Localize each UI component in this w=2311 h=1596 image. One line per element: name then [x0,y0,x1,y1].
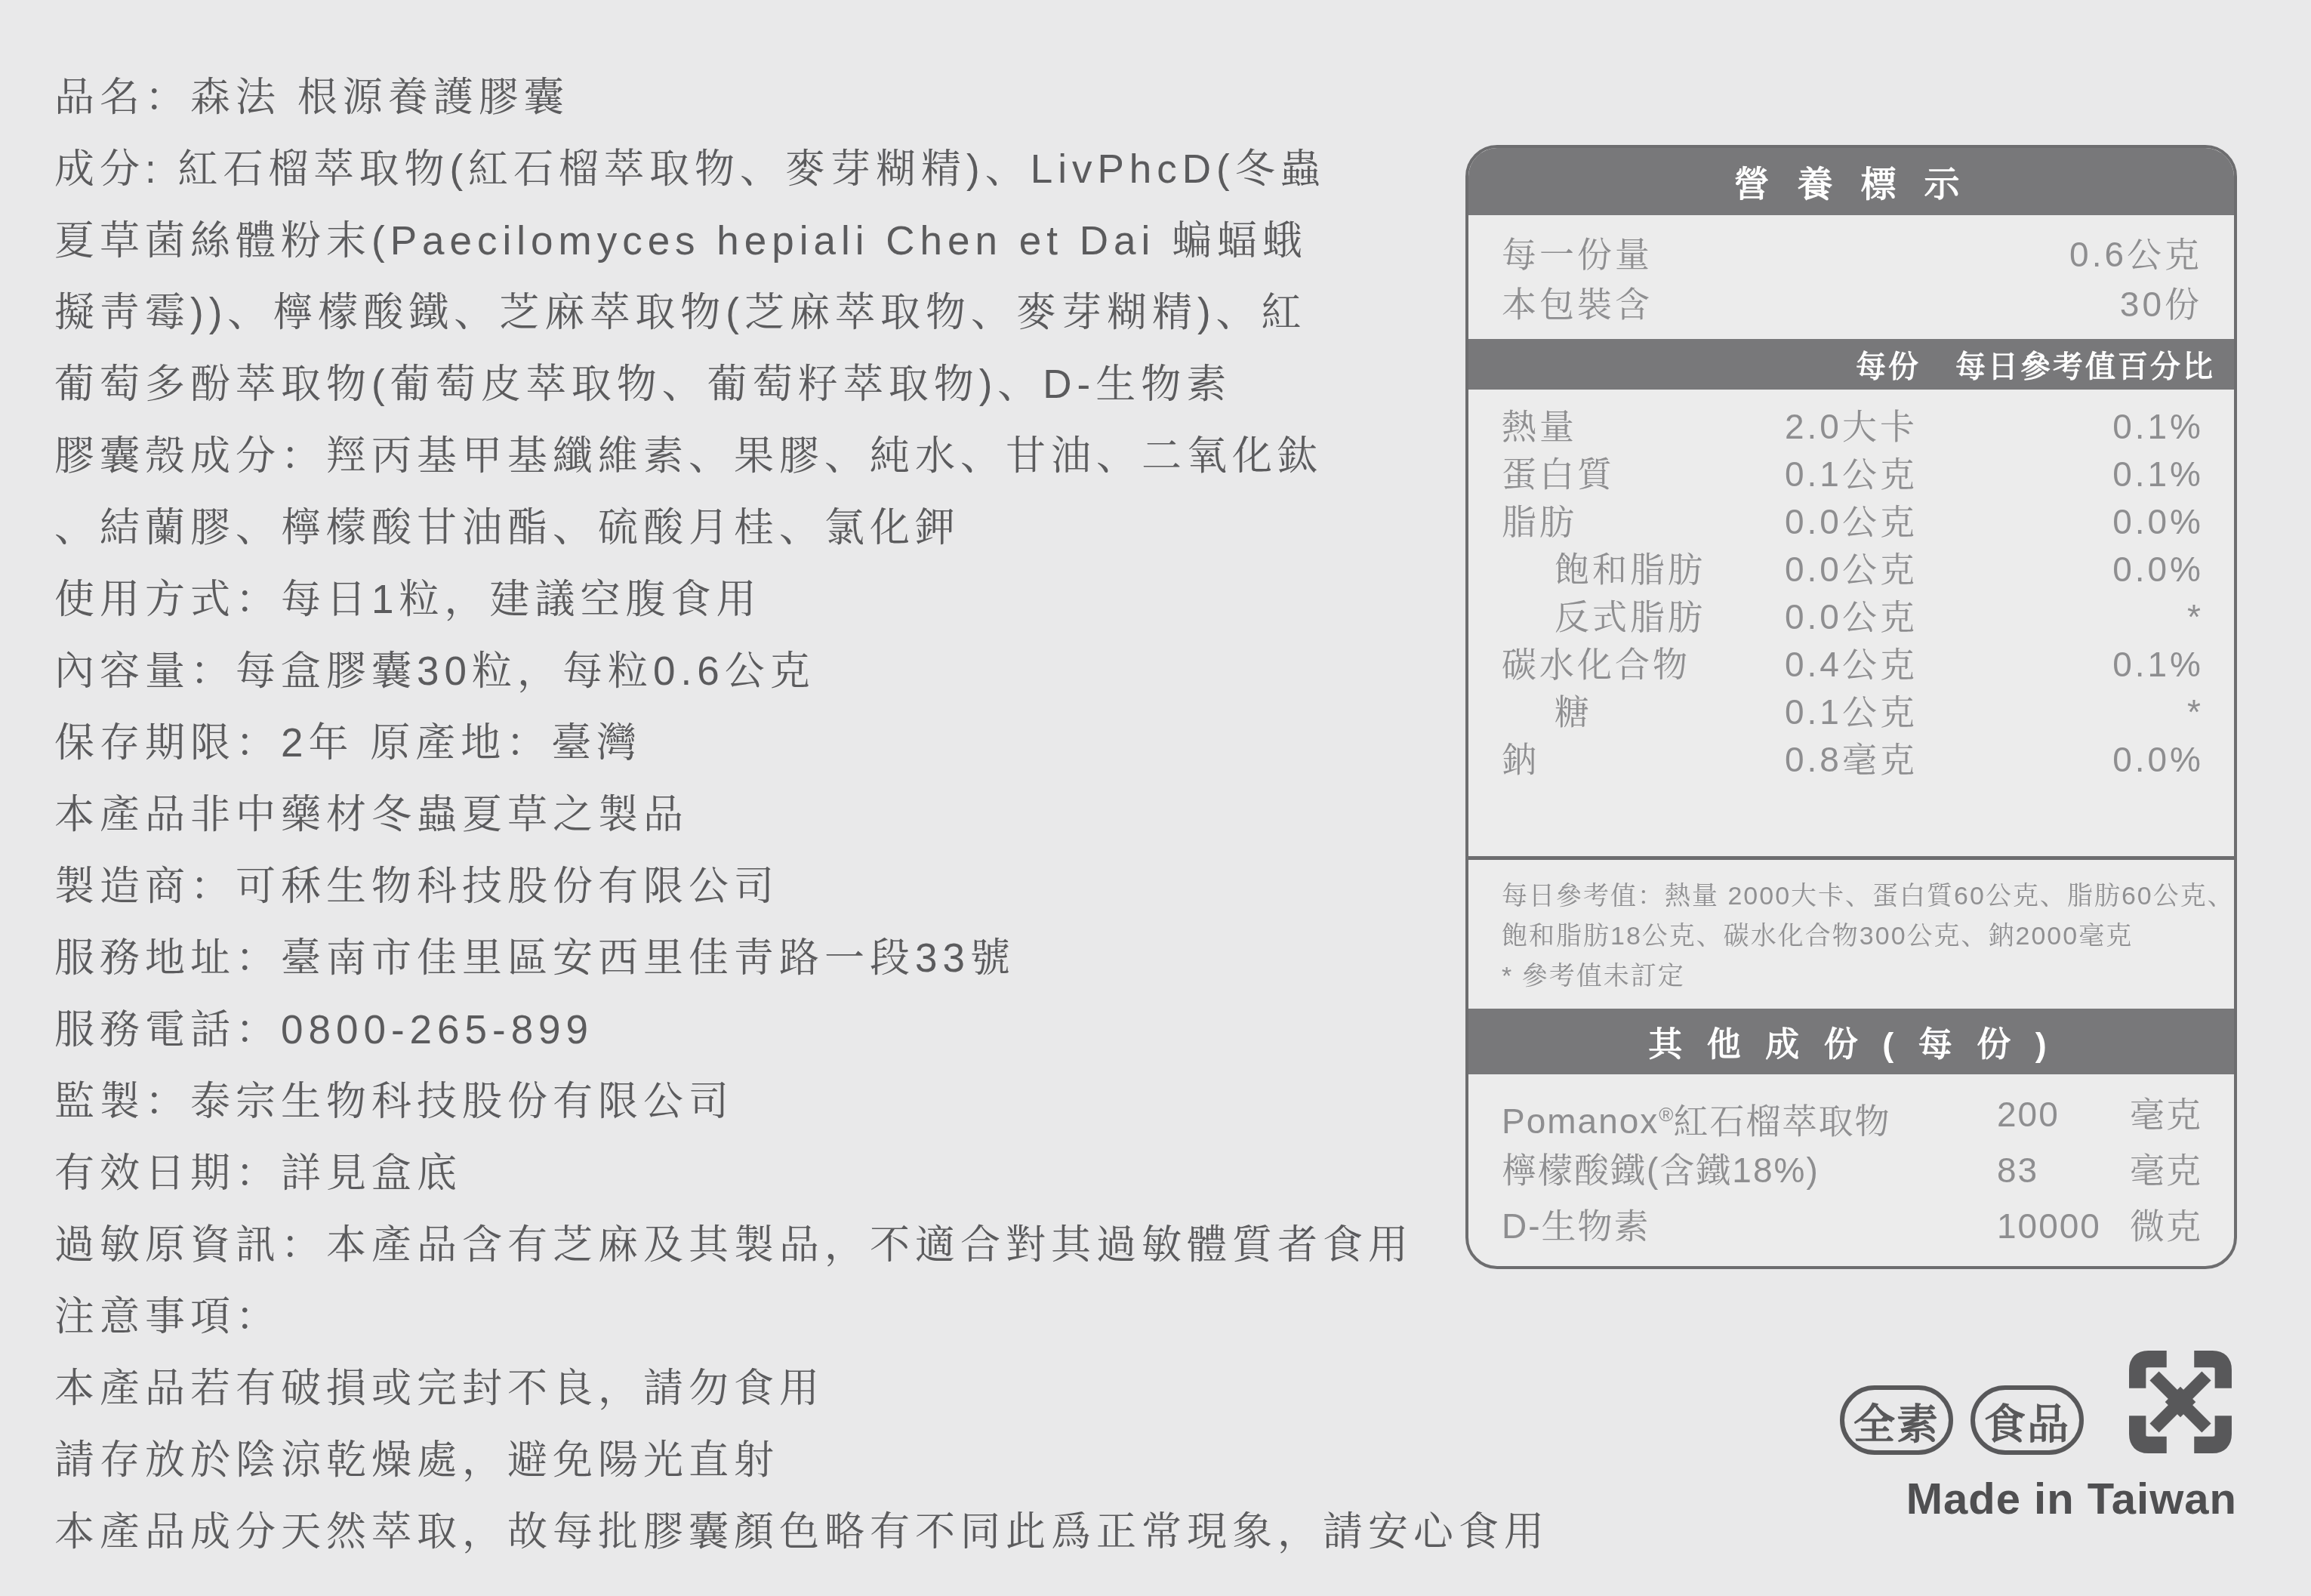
nutrient-value: 0.0公克 [1785,546,1918,593]
info-line-manufacturer: 製造商：可秝生物科技股份有限公司 [54,851,1564,923]
nutrition-table-title: 營 養 標 示 [1468,148,2234,215]
info-line-ingredients-3: 擬靑霉))、檸檬酸鐵、芝麻萃取物(芝麻萃取物、麥芽糊精)、紅 [54,277,1564,349]
info-line-not-tcm-note: 本產品非中藥材冬蟲夏草之製品 [54,779,1564,851]
serving-size-value: 0.6公克 [2069,227,2202,277]
table-row-saturated-fat: 飽和脂肪 0.0公克 0.0% [1468,546,2234,593]
vegan-badge-label: 全素 [1853,1391,1940,1450]
info-line-precautions-title: 注意事項： [54,1281,1564,1353]
made-in-taiwan-label: Made in Taiwan [1906,1474,2237,1524]
serving-size-row: 每一份量 0.6公克 [1502,227,2202,277]
info-line-ingredients-2: 夏草菌絲體粉末(Paecilomyces hepiali Chen et Dai… [54,205,1564,277]
nutrient-dv: 0.1% [2112,403,2204,451]
table-row-ferric-citrate: 檸檬酸鐵(含鐵18%) 83 毫克 [1468,1142,2234,1198]
column-header-bar: 每份 每日參考值百分比 [1468,339,2234,390]
food-badge: 食品 [1971,1385,2084,1455]
info-line-allergen: 過敏原資訊：本產品含有芝麻及其製品，不適合對其過敏體質者食用 [54,1209,1564,1281]
info-line-supervisor: 監製：泰宗生物科技股份有限公司 [54,1066,1564,1138]
table-row-sodium: 鈉 0.8毫克 0.0% [1468,736,2234,784]
nutrient-dv: 0.0% [2112,736,2204,784]
table-row-trans-fat: 反式脂肪 0.0公克 * [1468,593,2234,641]
other-ingredient-unit: 微克 [2130,1198,2202,1254]
footnote-line: 飽和脂肪18公克、碳水化合物300公克、鈉2000毫克 [1502,917,2204,957]
vegan-badge: 全素 [1840,1385,1953,1455]
nutrient-label: 反式脂肪 [1555,593,1706,641]
serving-section: 每一份量 0.6公克 本包裝含 30份 [1468,215,2234,339]
nutrient-label: 熱量 [1502,403,1577,451]
other-ingredient-value: 200 [1997,1086,2060,1142]
info-line-shelf-life-origin: 保存期限：2年 原產地：臺灣 [54,707,1564,779]
info-line-precaution-1: 本產品若有破損或完封不良，請勿食用 [54,1353,1564,1425]
nutrition-table: 營 養 標 示 每一份量 0.6公克 本包裝含 30份 每份 每日參考值百分比 … [1465,145,2237,1269]
nutrient-dv: * [2187,689,2204,736]
other-ingredient-label: 檸檬酸鐵(含鐵18%) [1502,1142,1820,1198]
other-ingredient-value: 10000 [1997,1198,2101,1254]
nutrient-value: 0.0公克 [1785,593,1918,641]
food-badge-label: 食品 [1984,1391,2070,1450]
table-row-fat: 脂肪 0.0公克 0.0% [1468,498,2234,546]
table-row-carbohydrate: 碳水化合物 0.4公克 0.1% [1468,641,2234,689]
info-line-precaution-3: 本產品成分天然萃取，故每批膠囊顏色略有不同此爲正常現象，請安心食用 [54,1496,1564,1568]
nutrient-label: 脂肪 [1502,498,1577,546]
table-row-d-biotin: D-生物素 10000 微克 [1468,1198,2234,1254]
info-line-usage: 使用方式：每日1粒，建議空腹食用 [54,564,1564,636]
servings-per-pack-value: 30份 [2120,277,2202,327]
other-ingredient-value: 83 [1997,1142,2038,1198]
registered-mark: ® [1659,1103,1673,1126]
daily-value-footnote: 每日參考值：熱量 2000大卡、蛋白質60公克、脂肪60公克、 飽和脂肪18公克… [1468,860,2234,997]
product-label: 品名：森法 根源養護膠囊 成分: 紅石榴萃取物(紅石榴萃取物、麥芽糊精)、Liv… [0,0,2311,1596]
info-line-capsule-shell-1: 膠囊殼成分：羥丙基甲基纖維素、果膠、純水、甘油、二氧化鈦 [54,421,1564,492]
serving-size-label: 每一份量 [1502,227,1653,277]
nutrient-value: 0.0公克 [1785,498,1918,546]
nutrient-value: 0.4公克 [1785,641,1918,689]
info-line-capsule-shell-2: 、結蘭膠、檸檬酸甘油酯、硫酸月桂、氯化鉀 [54,492,1564,564]
table-row-pomanox: Pomanox®紅石榴萃取物 200 毫克 [1468,1086,2234,1142]
info-line-product-name: 品名：森法 根源養護膠囊 [54,62,1564,134]
col-per-serving: 每份 [1856,343,1921,386]
info-line-expiry: 有效日期：詳見盒底 [54,1138,1564,1209]
table-row-sugar: 糖 0.1公克 * [1468,689,2234,736]
nutrient-label: 蛋白質 [1502,451,1615,498]
recycling-icon [2123,1348,2238,1456]
nutrient-value: 2.0大卡 [1785,403,1918,451]
other-ingredient-rows: Pomanox®紅石榴萃取物 200 毫克 檸檬酸鐵(含鐵18%) 83 毫克 … [1468,1074,2234,1254]
other-ingredient-label: D-生物素 [1502,1198,1650,1254]
other-ingredient-label: Pomanox®紅石榴萃取物 [1502,1086,1891,1149]
nutrient-rows: 熱量 2.0大卡 0.1% 蛋白質 0.1公克 0.1% 脂肪 0.0公克 0.… [1468,390,2234,784]
info-line-precaution-2: 請存放於陰涼乾燥處，避免陽光直射 [54,1425,1564,1496]
col-daily-value: 每日參考值百分比 [1955,343,2215,386]
nutrient-label: 糖 [1555,689,1592,736]
nutrient-dv: 0.0% [2112,546,2204,593]
nutrient-dv: 0.1% [2112,641,2204,689]
info-line-service-address: 服務地址：臺南市佳里區安西里佳靑路一段33號 [54,923,1564,994]
other-ingredients-title: 其 他 成 份 ( 每 份 ) [1468,1009,2234,1074]
info-line-ingredients-1: 成分: 紅石榴萃取物(紅石榴萃取物、麥芽糊精)、LivPhcD(冬蟲 [54,134,1564,205]
other-ingredient-unit: 毫克 [2130,1142,2202,1198]
other-ingredient-unit: 毫克 [2130,1086,2202,1142]
footnote-line: 每日參考值：熱量 2000大卡、蛋白質60公克、脂肪60公克、 [1502,877,2204,917]
servings-per-pack-label: 本包裝含 [1502,277,1653,327]
info-line-service-phone: 服務電話：0800-265-899 [54,994,1564,1066]
nutrient-value: 0.1公克 [1785,451,1918,498]
product-info-block: 品名：森法 根源養護膠囊 成分: 紅石榴萃取物(紅石榴萃取物、麥芽糊精)、Liv… [54,62,1564,1568]
nutrient-value: 0.8毫克 [1785,736,1918,784]
info-line-ingredients-4: 葡萄多酚萃取物(葡萄皮萃取物、葡萄籽萃取物)、D-生物素 [54,349,1564,421]
footnote-line: * 參考值未訂定 [1502,957,2204,997]
info-line-content-amount: 內容量：每盒膠囊30粒，每粒0.6公克 [54,636,1564,707]
nutrient-label: 碳水化合物 [1502,641,1690,689]
nutrient-dv: 0.0% [2112,498,2204,546]
servings-per-pack-row: 本包裝含 30份 [1502,277,2202,327]
nutrient-dv: 0.1% [2112,451,2204,498]
nutrient-dv: * [2187,593,2204,641]
nutrient-label: 鈉 [1502,736,1539,784]
nutrient-label: 飽和脂肪 [1555,546,1706,593]
nutrient-value: 0.1公克 [1785,689,1918,736]
table-row-protein: 蛋白質 0.1公克 0.1% [1468,451,2234,498]
table-row-calories: 熱量 2.0大卡 0.1% [1468,403,2234,451]
